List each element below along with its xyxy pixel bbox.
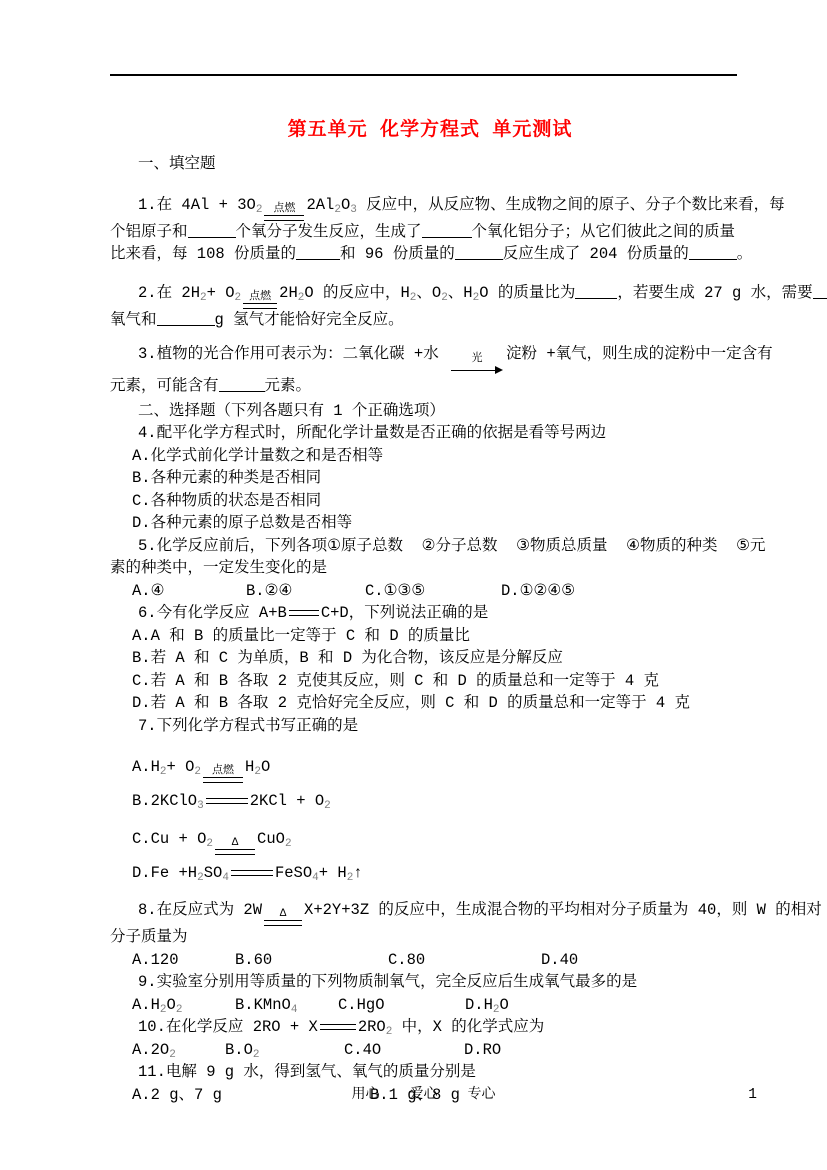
subscript: 2 <box>176 1004 183 1016</box>
q8-options: A.120B.60C.80D.40 <box>110 949 750 972</box>
text-run: D.Fe +H <box>132 864 197 882</box>
subscript: 2 <box>160 1004 167 1016</box>
option-cell: D.RO <box>464 1039 501 1062</box>
double-line <box>215 849 255 855</box>
subscript: 2 <box>254 766 261 778</box>
q2-line-2: 氧气和g 氢气才能恰好完全反应。 <box>110 309 750 332</box>
text-run: 6.今有化学反应 A+B <box>138 604 287 622</box>
page-number: 1 <box>748 1086 757 1104</box>
text-run: + O <box>167 758 195 776</box>
footer-motto: 用心 爱心 专心 <box>110 1086 737 1104</box>
option-cell: A.120 <box>132 949 235 972</box>
text-run: B.各种元素的种类是否相同 <box>132 469 321 487</box>
option-cell: C.HgO <box>338 994 465 1017</box>
text-run: D.40 <box>541 951 578 969</box>
text-run: D.H <box>465 996 493 1014</box>
q1-line-3: 比来看，每 108 份质量的和 96 份质量的反应生成了 204 份质量的。 <box>110 243 750 266</box>
option-cell: C.4O <box>344 1039 464 1062</box>
text-run: ↑ <box>353 864 362 882</box>
footer-motto-item: 专心 <box>468 1086 496 1104</box>
text-run: C.80 <box>388 951 425 969</box>
text-run: 4.配平化学方程式时，所配化学计量数是否正确的依据是看等号两边 <box>138 424 606 442</box>
subscript: 4 <box>312 872 319 884</box>
subscript: 2 <box>298 292 305 304</box>
fill-in-blank <box>219 390 265 392</box>
text-run: 分子质量为 <box>110 928 188 946</box>
document-lines: 一、填空题1.在 4Al + 3O2点燃2Al2O3 反应中，从反应物、生成物之… <box>110 153 750 1106</box>
equation-equals: 点燃 <box>264 203 304 221</box>
fill-in-blank <box>422 236 472 238</box>
text-run: 和 96 份质量的 <box>340 245 455 263</box>
text-run: 个氧化铝分子；从它们彼此之间的质量 <box>472 223 736 241</box>
option-cell: B.60 <box>235 949 388 972</box>
text-run: C+D，下列说法正确的是 <box>321 604 488 622</box>
text-run: 5.化学反应前后，下列各项①原子总数 ②分子总数 ③物质总质量 ④物质的种类 ⑤… <box>138 537 766 555</box>
option-cell: D.40 <box>541 949 578 972</box>
fill-in-blank <box>188 236 236 238</box>
q6-option-b: B.若 A 和 C 为单质，B 和 D 为化合物，该反应是分解反应 <box>110 647 750 670</box>
q6-stem: 6.今有化学反应 A+BC+D，下列说法正确的是 <box>110 602 750 625</box>
q10-stem: 10.在化学反应 2RO + X2RO2 中，X 的化学式应为 <box>110 1016 750 1039</box>
text-run: O <box>500 996 509 1014</box>
q2-line-1: 2.在 2H2+ O2点燃2H2O 的反应中，H2、O2、H2O 的质量比为，若… <box>110 272 750 309</box>
subscript: 2 <box>334 204 341 216</box>
equation-equals: 点燃 <box>203 765 243 783</box>
q6-option-d: D.若 A 和 B 各取 2 克恰好完全反应，则 C 和 D 的质量总和一定等于… <box>110 692 750 715</box>
q1-line-2: 个铝原子和个氧分子发生反应，生成了个氧化铝分子；从它们彼此之间的质量 <box>110 221 750 244</box>
q4-option-c: C.各种物质的状态是否相同 <box>110 490 750 513</box>
text-run: A.A 和 B 的质量比一定等于 C 和 D 的质量比 <box>132 627 470 645</box>
fill-in-blank <box>157 324 215 326</box>
subscript: 3 <box>197 800 204 812</box>
q7-option-c: C.Cu + O2ΔCuO2 <box>110 818 750 855</box>
equation-equals <box>320 1024 356 1030</box>
text-run: D.若 A 和 B 各取 2 克恰好完全反应，则 C 和 D 的质量总和一定等于… <box>132 694 690 712</box>
equation-equals: 点燃 <box>243 291 277 309</box>
text-run: + H <box>319 864 347 882</box>
text-run: A.2O <box>132 1041 169 1059</box>
text-run: + O <box>207 284 235 302</box>
text-run: 中，X 的化学式应为 <box>392 1018 544 1036</box>
equation-equals <box>206 798 248 804</box>
text-run: B.②④ <box>246 582 292 600</box>
fill-in-blank <box>455 258 503 260</box>
fill-in-blank <box>296 258 340 260</box>
text-run: 。 <box>737 245 753 263</box>
text-run: A.H <box>132 758 160 776</box>
text-run: 二、选择题（下列各题只有 1 个正确选项） <box>138 402 445 420</box>
double-line <box>231 870 273 876</box>
text-run: 2KCl + O <box>250 792 324 810</box>
subscript: 2 <box>256 204 263 216</box>
subscript: 2 <box>386 1026 393 1038</box>
q8-stem-2: 分子质量为 <box>110 926 750 949</box>
double-line <box>289 610 319 616</box>
q6-option-a: A.A 和 B 的质量比一定等于 C 和 D 的质量比 <box>110 625 750 648</box>
subscript: 2 <box>285 838 292 850</box>
q11-stem: 11.电解 9 g 水，得到氢气、氧气的质量分别是 <box>110 1061 750 1084</box>
text-run: O <box>341 196 350 214</box>
text-run: O 的质量比为 <box>479 284 575 302</box>
q1-line-1: 1.在 4Al + 3O2点燃2Al2O3 反应中，从反应物、生成物之间的原子、… <box>110 184 750 221</box>
equation-equals: Δ <box>215 837 255 855</box>
section-2-heading: 二、选择题（下列各题只有 1 个正确选项） <box>110 400 750 423</box>
text-run: D.①②④⑤ <box>501 582 575 600</box>
text-run: 1.在 4Al + 3O <box>138 196 256 214</box>
section-1-heading: 一、填空题 <box>110 153 750 176</box>
fill-in-blank <box>813 297 827 299</box>
text-run: A.化学式前化学计量数之和是否相等 <box>132 447 383 465</box>
text-run: O <box>167 996 176 1014</box>
q10-options: A.2O2B.O2C.4OD.RO <box>110 1039 750 1062</box>
text-run: O 的反应中，H <box>304 284 409 302</box>
text-run: B.60 <box>235 951 272 969</box>
q4-option-b: B.各种元素的种类是否相同 <box>110 467 750 490</box>
q7-stem: 7.下列化学方程式书写正确的是 <box>110 715 750 738</box>
q7-option-a: A.H2+ O2点燃H2O <box>110 746 750 783</box>
text-run: C.4O <box>344 1041 381 1059</box>
option-cell: D.①②④⑤ <box>501 580 575 603</box>
equation-equals <box>289 610 319 616</box>
text-run: B.若 A 和 C 为单质，B 和 D 为化合物，该反应是分解反应 <box>132 649 563 667</box>
subscript: 2 <box>235 292 242 304</box>
q8-stem-1: 8.在反应式为 2WΔX+2Y+3Z 的反应中，生成混合物的平均相对分子质量为 … <box>110 889 750 926</box>
text-run: 个氧分子发生反应，生成了 <box>236 223 422 241</box>
text-run: D.RO <box>464 1041 501 1059</box>
q3-line-2: 元素，可能含有元素。 <box>110 375 750 398</box>
text-run: 2.在 2H <box>138 284 200 302</box>
page-title: 第五单元 化学方程式 单元测试 <box>110 117 750 143</box>
text-run: 11.电解 9 g 水，得到氢气、氧气的质量分别是 <box>138 1063 476 1081</box>
text-run: B.O <box>225 1041 253 1059</box>
text-run: g 氢气才能恰好完全反应。 <box>215 311 404 329</box>
text-run: X+2Y+3Z 的反应中，生成混合物的平均相对分子质量为 40，则 W 的相对 <box>304 901 822 919</box>
text-run: 氧气和 <box>110 311 157 329</box>
text-run: 、O <box>416 284 441 302</box>
text-run: 7.下列化学方程式书写正确的是 <box>138 717 358 735</box>
text-run: B.2KClO <box>132 792 197 810</box>
text-run: 反应中，从反应物、生成物之间的原子、分子个数比来看，每 <box>357 196 785 214</box>
subscript: 2 <box>347 872 354 884</box>
subscript: 2 <box>493 1004 500 1016</box>
q5-stem-2: 素的种类中，一定发生变化的是 <box>110 557 750 580</box>
q6-option-c: C.若 A 和 B 各取 2 克使其反应，则 C 和 D 的质量总和一定等于 4… <box>110 670 750 693</box>
q9-options: A.H2O2B.KMnO4C.HgOD.H2O <box>110 994 750 1017</box>
double-line <box>264 920 302 926</box>
q4-stem: 4.配平化学方程式时，所配化学计量数是否正确的依据是看等号两边 <box>110 422 750 445</box>
text-run: FeSO <box>275 864 312 882</box>
subscript: 3 <box>350 204 357 216</box>
condition-label: 点燃 <box>249 291 271 303</box>
condition-label: 点燃 <box>212 765 234 777</box>
condition-label: Δ <box>280 908 287 920</box>
subscript: 2 <box>206 838 213 850</box>
double-line <box>320 1024 356 1030</box>
q4-option-a: A.化学式前化学计量数之和是否相等 <box>110 445 750 468</box>
text-run: 9.实验室分别用等质量的下列物质制氧气，完全反应后生成氧气最多的是 <box>138 973 637 991</box>
subscript: 2 <box>253 1049 260 1061</box>
double-line <box>264 215 304 221</box>
text-run: A.120 <box>132 951 179 969</box>
document-page: 第五单元 化学方程式 单元测试 一、填空题1.在 4Al + 3O2点燃2Al2… <box>110 0 750 1106</box>
q4-option-d: D.各种元素的原子总数是否相等 <box>110 512 750 535</box>
text-run: H <box>245 758 254 776</box>
footer-motto-item: 用心 <box>352 1086 380 1104</box>
text-run: 元素。 <box>265 377 312 395</box>
option-cell: C.80 <box>388 949 541 972</box>
text-run: 2RO <box>358 1018 386 1036</box>
double-line <box>203 777 243 783</box>
text-run: C.HgO <box>338 996 385 1014</box>
text-run: 8.在反应式为 2W <box>138 901 262 919</box>
option-cell: B.KMnO4 <box>235 994 338 1017</box>
text-run: A.④ <box>132 582 165 600</box>
text-run: B.KMnO <box>235 996 291 1014</box>
option-cell: B.②④ <box>246 580 365 603</box>
option-cell: B.O2 <box>225 1039 344 1062</box>
double-line <box>243 303 277 309</box>
text-run: 、H <box>448 284 473 302</box>
text-run: 2Al <box>306 196 334 214</box>
subscript: 2 <box>200 292 207 304</box>
subscript: 2 <box>160 766 167 778</box>
page-footer: 用心 爱心 专心 1 <box>110 1086 737 1104</box>
text-run: O <box>261 758 270 776</box>
option-cell: A.④ <box>132 580 246 603</box>
text-run: 淀粉 +氧气，则生成的淀粉中一定含有 <box>506 345 773 363</box>
text-run: 元素，可能含有 <box>110 377 219 395</box>
subscript: 2 <box>441 292 448 304</box>
text-run: A.H <box>132 996 160 1014</box>
text-run: D.各种元素的原子总数是否相等 <box>132 514 352 532</box>
double-line <box>206 798 248 804</box>
q5-stem-1: 5.化学反应前后，下列各项①原子总数 ②分子总数 ③物质总质量 ④物质的种类 ⑤… <box>110 535 750 558</box>
equation-equals: Δ <box>264 908 302 926</box>
fill-in-blank <box>575 297 617 299</box>
arrow-line <box>451 365 503 375</box>
subscript: 2 <box>194 766 201 778</box>
q9-stem: 9.实验室分别用等质量的下列物质制氧气，完全反应后生成氧气最多的是 <box>110 971 750 994</box>
q3-line-1: 3.植物的光合作用可表示为：二氧化碳 +水 光淀粉 +氧气，则生成的淀粉中一定含… <box>110 337 750 375</box>
subscript: 2 <box>324 800 331 812</box>
text-run: ，若要生成 27 g 水，需要 <box>617 284 812 302</box>
option-cell: D.H2O <box>465 994 509 1017</box>
footer-motto-item: 爱心 <box>410 1086 438 1104</box>
condition-label: 点燃 <box>273 203 295 215</box>
subscript: 4 <box>222 872 229 884</box>
subscript: 2 <box>410 292 417 304</box>
subscript: 2 <box>169 1049 176 1061</box>
text-run: 素的种类中，一定发生变化的是 <box>110 559 327 577</box>
equation-equals <box>231 870 273 876</box>
text-run: 3.植物的光合作用可表示为：二氧化碳 +水 <box>138 345 448 363</box>
reaction-arrow: 光 <box>451 353 503 375</box>
text-run: 10.在化学反应 2RO + X <box>138 1018 318 1036</box>
subscript: 4 <box>291 1004 298 1016</box>
text-run: 个铝原子和 <box>110 223 188 241</box>
text-run: C.Cu + O <box>132 830 206 848</box>
text-run: 比来看，每 108 份质量的 <box>110 245 296 263</box>
text-run: CuO <box>257 830 285 848</box>
condition-label: 光 <box>472 353 483 365</box>
q5-options: A.④B.②④C.①③⑤D.①②④⑤ <box>110 580 750 603</box>
text-run: 2H <box>279 284 298 302</box>
text-run: C.若 A 和 B 各取 2 克使其反应，则 C 和 D 的质量总和一定等于 4… <box>132 672 659 690</box>
q7-option-d: D.Fe +H2SO4FeSO4+ H2↑ <box>110 862 750 885</box>
fill-in-blank <box>689 258 737 260</box>
text-run: SO <box>204 864 223 882</box>
text-run: 反应生成了 204 份质量的 <box>503 245 689 263</box>
option-cell: A.2O2 <box>132 1039 225 1062</box>
text-run: C.①③⑤ <box>365 582 425 600</box>
condition-label: Δ <box>232 837 239 849</box>
q7-option-b: B.2KClO32KCl + O2 <box>110 790 750 813</box>
option-cell: A.H2O2 <box>132 994 235 1017</box>
subscript: 2 <box>197 872 204 884</box>
text-run: 一、填空题 <box>138 155 216 173</box>
option-cell: C.①③⑤ <box>365 580 501 603</box>
subscript: 2 <box>473 292 480 304</box>
text-run: C.各种物质的状态是否相同 <box>132 492 321 510</box>
